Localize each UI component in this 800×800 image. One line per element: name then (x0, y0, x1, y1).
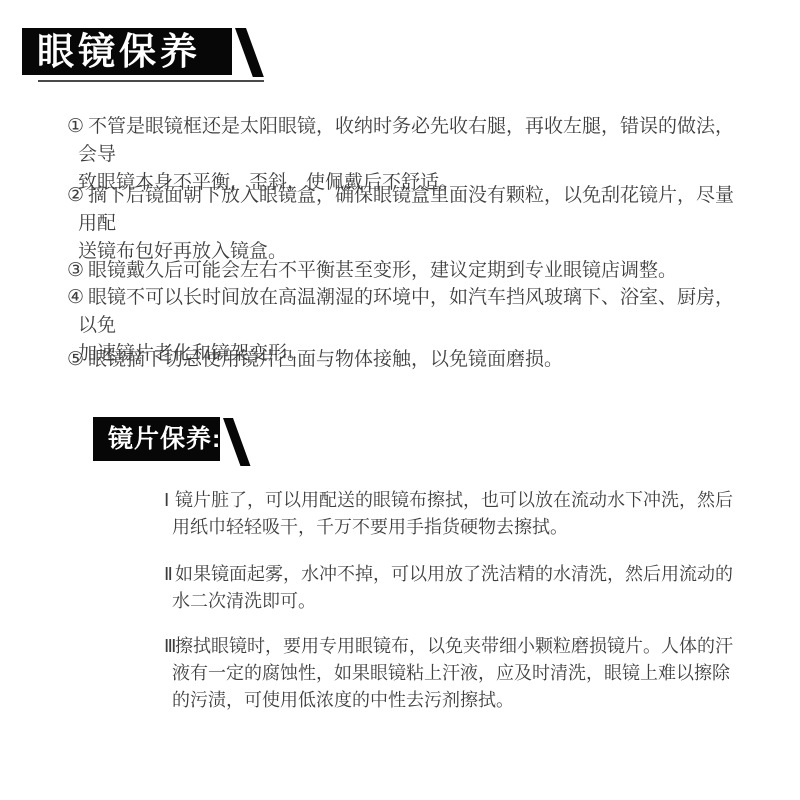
page-title: 眼镜保养 (22, 28, 201, 75)
lens-care-item-1: Ⅰ 镜片脏了，可以用配送的眼镜布擦拭，也可以放在流动水下冲洗，然后 用纸巾轻轻吸… (172, 487, 757, 541)
care-item-2: ② 摘下后镜面朝下放入眼镜盒，确保眼镜盒里面没有颗粒，以免刮花镜片，尽量用配 送… (78, 182, 750, 266)
banner-underline (38, 80, 264, 82)
section-banner-lens-care: 镜片保养: (93, 417, 220, 461)
item-marker: ② (67, 182, 84, 210)
lens-section-title: 镜片保养: (93, 417, 221, 461)
item-marker: ④ (67, 284, 84, 312)
item-text: 眼镜戴久后可能会左右不平衡甚至变形，建议定期到专业眼镜店调整。 (78, 257, 750, 285)
care-item-5: ⑤ 眼镜摘下切忌使用镜片凸面与物体接触，以免镜面磨损。 (78, 346, 750, 374)
item-text: 擦拭眼镜时，要用专用眼镜布，以免夹带细小颗粒磨损镜片。人体的汗 液有一定的腐蚀性… (172, 633, 757, 714)
lens-care-item-2: Ⅱ 如果镜面起雾，水冲不掉，可以用放了洗洁精的水清洗，然后用流动的 水二次清洗即… (172, 561, 757, 615)
banner-tail-icon (235, 28, 264, 77)
item-marker: Ⅰ (164, 487, 169, 514)
item-text: 如果镜面起雾，水冲不掉，可以用放了洗洁精的水清洗，然后用流动的 水二次清洗即可。 (172, 561, 757, 615)
item-marker: ⑤ (67, 346, 84, 374)
item-text: 镜片脏了，可以用配送的眼镜布擦拭，也可以放在流动水下冲洗，然后 用纸巾轻轻吸干，… (172, 487, 757, 541)
section-banner-glasses-care: 眼镜保养 (22, 28, 232, 75)
item-marker: ③ (67, 257, 84, 285)
item-marker: Ⅱ (164, 561, 173, 588)
item-text: 眼镜摘下切忌使用镜片凸面与物体接触，以免镜面磨损。 (78, 346, 750, 374)
lens-care-item-3: Ⅲ 擦拭眼镜时，要用专用眼镜布，以免夹带细小颗粒磨损镜片。人体的汗 液有一定的腐… (172, 633, 757, 714)
care-item-3: ③ 眼镜戴久后可能会左右不平衡甚至变形，建议定期到专业眼镜店调整。 (78, 257, 750, 285)
item-marker: Ⅲ (164, 633, 176, 660)
banner-tail-icon (223, 418, 250, 466)
item-marker: ① (67, 113, 84, 141)
item-text: 摘下后镜面朝下放入眼镜盒，确保眼镜盒里面没有颗粒，以免刮花镜片，尽量用配 送镜布… (78, 182, 750, 266)
